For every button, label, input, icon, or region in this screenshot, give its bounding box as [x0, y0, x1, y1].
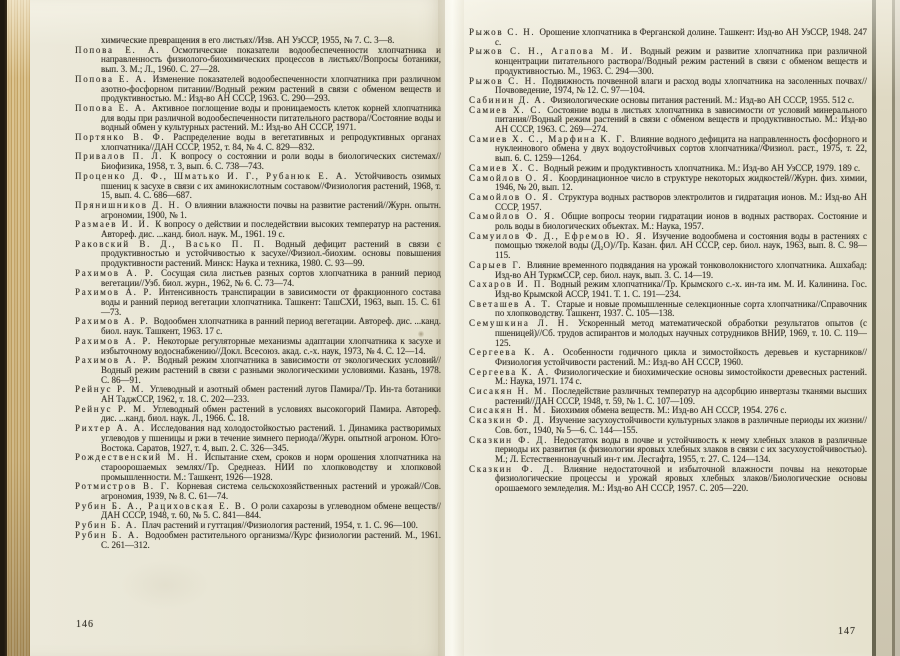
- bibliography-entry: Семушкина Л. Н. Ускоренный метод математ…: [469, 319, 867, 348]
- bibliography-entry: Сказкин Ф. Д. Недостаток воды в почве и …: [469, 436, 867, 465]
- book-cover-edge: [0, 0, 7, 656]
- bibliography-entry: Сказкин Ф. Д. Изучение засухоустойчивост…: [469, 416, 867, 435]
- bibliography-entry: Светашев А. Т. Старые и новые промышленн…: [469, 300, 867, 319]
- bibliography-entry: Попова Е. А. Осмотические показатели вод…: [75, 46, 441, 75]
- entry-author: Рихтер А. А.: [75, 423, 151, 433]
- bibliography-entry: Ротмистров В. Г. Корневая система сельск…: [75, 482, 441, 501]
- bibliography-entry: Портянко В. Ф. Распределение воды в веге…: [75, 133, 441, 152]
- bibliography-entry: Рахимов А. Р. Водообмен хлопчатника в ра…: [75, 317, 441, 336]
- entry-author: Сарыев Г.: [469, 260, 527, 270]
- entry-author: Сисакян Н. М.: [469, 386, 552, 396]
- entry-text: химические превращения в его листьях//Из…: [101, 36, 394, 45]
- entry-author: Семушкина Л. Н.: [469, 318, 578, 328]
- bibliography-entry: Сказкин Ф. Д. Влияние недостаточной и из…: [469, 465, 867, 494]
- entry-text: Физиологические основы питания растений.…: [551, 95, 855, 105]
- bibliography-entry: Сахаров И. П. Водный режим хлопчатника//…: [469, 280, 867, 299]
- entry-author: Сказкин Ф. Д.: [469, 415, 549, 425]
- entry-text: Плач растений и гуттация//Физиология рас…: [142, 520, 418, 530]
- entry-author: Самиев Х. С.: [469, 105, 547, 115]
- book-spread: химические превращения в его листьях//Из…: [0, 0, 900, 656]
- entry-text: Состояние воды в листьях хлопчатника в з…: [495, 105, 867, 134]
- entry-author: Рахимов А. Р.: [75, 268, 161, 278]
- bibliography-entry: Сарыев Г. Влияние временного подвядания …: [469, 261, 867, 280]
- entry-text: Подвижность почвенной влаги и расход вод…: [495, 76, 867, 96]
- entry-text: Орошение хлопчатника в Ферганской долине…: [495, 28, 867, 47]
- bibliography-entry: Рахимов А. Р. Водный режим хлопчатника в…: [75, 356, 441, 385]
- entry-text: Исследования над холодостойкостью растен…: [101, 423, 441, 452]
- bibliography-entry: Привалов П. Л. К вопросу о состоянии и р…: [75, 152, 441, 171]
- entry-author: Сказкин Ф. Д.: [469, 464, 564, 474]
- entry-author: Прянишников Д. Н.: [75, 200, 185, 210]
- entry-text: Углеводный обмен растений в условиях выс…: [101, 404, 441, 424]
- entry-author: Рыжов С. Н.: [469, 76, 542, 86]
- entry-author: Самуилов Ф. Д., Ефремов Ю. Я.: [469, 231, 652, 241]
- entry-text: Изучение засухоустойчивости культурных з…: [495, 415, 867, 435]
- entry-author: Рубин Б. А.: [75, 530, 145, 540]
- entry-author: Ротмистров В. Г.: [75, 481, 177, 491]
- entry-author: Сисакян Н. М.: [469, 405, 551, 415]
- entry-author: Рейнус Р. М.: [75, 404, 153, 414]
- page-number: 146: [76, 619, 94, 630]
- entry-author: Рахимов А. Р.: [75, 336, 157, 346]
- entry-author: Самойлов О. Я.: [469, 211, 561, 221]
- entry-author: Рыжов С. Н., Агапова М. И.: [469, 46, 640, 56]
- entry-author: Сахаров И. П.: [469, 279, 551, 289]
- bibliography-entry: Самойлов О. Я. Структура водных растворо…: [469, 193, 867, 212]
- entry-author: Рейнус Р. М.: [75, 384, 150, 394]
- entry-text: Биохимия обмена веществ. М.: Изд-во АН С…: [551, 405, 787, 415]
- entry-author: Рубин Б. А., Рациховская Е. В.: [75, 501, 251, 511]
- right-book-edge-shading: [872, 0, 900, 656]
- entry-author: Самойлов О. Я.: [469, 173, 559, 183]
- bibliography-entry: Проценко Д. Ф., Шматько И. Г., Рубанюк Е…: [75, 172, 441, 201]
- page-number: 147: [838, 626, 856, 637]
- bibliography-entry: Рыжов С. Н., Агапова М. И. Водный режим …: [469, 47, 867, 76]
- entry-author: Рождественский М. Н.: [75, 452, 205, 462]
- bibliography-entry: Сисакян Н. М. Последействие различных те…: [469, 387, 867, 406]
- entry-author: Светашев А. Т.: [469, 299, 556, 309]
- entry-author: Портянко В. Ф.: [75, 132, 173, 142]
- entry-author: Попова Е. А.: [75, 45, 172, 55]
- entry-text: Активное поглощение воды и проницаемость…: [101, 103, 441, 132]
- bibliography-entry: Рахимов А. Р. Интенсивность транспирации…: [75, 288, 441, 317]
- bibliography-entry: Рейнус Р. М. Углеводный обмен растений в…: [75, 405, 441, 424]
- entry-text: Водный режим хлопчатника//Тр. Крымского …: [495, 279, 867, 299]
- entry-author: Сказкин Ф. Д.: [469, 435, 554, 445]
- entry-author: Рахимов А. Р.: [75, 355, 158, 365]
- entry-text: Изменение показателей водообеспеченности…: [101, 74, 441, 103]
- entry-author: Попова Е. А.: [75, 103, 152, 113]
- bibliography-entry: Раковский В. Д., Васько П. П. Водный деф…: [75, 240, 441, 269]
- entry-text: Углеводный и азотный обмен растений луго…: [101, 384, 441, 404]
- entry-author: Проценко Д. Ф., Шматько И. Г., Рубанюк Е…: [75, 171, 354, 181]
- bibliography-entry: Сергеева К. А. Физиологические и биохими…: [469, 368, 867, 387]
- bibliography-entry: Рубин Б. А. Водообмен растительного орга…: [75, 531, 441, 550]
- bibliography-entry: Рубин Б. А., Рациховская Е. В. О роли са…: [75, 502, 441, 521]
- bibliography-entry: Сергеева К. А. Особенности годичного цик…: [469, 348, 867, 367]
- bibliography-entry: Попова Е. А. Изменение показателей водоо…: [75, 75, 441, 104]
- bibliography-entry: Рыжов С. Н. Подвижность почвенной влаги …: [469, 77, 867, 96]
- entry-author: Самиев Х. С., Марфина К. Г.: [469, 134, 630, 144]
- bibliography-entry: Самойлов О. Я. Координационное число в с…: [469, 174, 867, 193]
- entry-author: Рыжов С. Н.: [469, 28, 540, 37]
- entry-author: Сабинин Д. А.: [469, 95, 551, 105]
- entry-text: Водный режим и продуктивность хлопчатник…: [544, 163, 861, 173]
- entry-author: Сергеева К. А.: [469, 367, 554, 377]
- entry-author: Рубин Б. А.: [75, 520, 142, 530]
- bibliography-entry: Рейнус Р. М. Углеводный и азотный обмен …: [75, 385, 441, 404]
- bibliography-entry: Самиев Х. С. Состояние воды в листьях хл…: [469, 106, 867, 135]
- right-page: Рыжов С. Н. Орошение хлопчатника в Ферга…: [445, 0, 878, 656]
- entry-author: Самойлов О. Я.: [469, 192, 558, 202]
- bibliography-list: Рыжов С. Н. Орошение хлопчатника в Ферга…: [469, 28, 867, 620]
- entry-text: Водообмен растительного организма//Курс …: [101, 530, 441, 550]
- entry-author: Самиев Х. С.: [469, 163, 544, 173]
- bibliography-entry: Самиев Х. С., Марфина К. Г. Влияние водн…: [469, 135, 867, 164]
- entry-author: Рахимов А. Р.: [75, 287, 159, 297]
- bibliography-entry: Прянишников Д. Н. О влиянии влажности по…: [75, 201, 441, 220]
- bibliography-entry: Рахимов А. Р. Сосущая сила листьев разны…: [75, 269, 441, 288]
- entry-author: Раковский В. Д., Васько П. П.: [75, 239, 275, 249]
- bibliography-list: химические превращения в его листьях//Из…: [75, 36, 441, 624]
- entry-author: Размаев И. И.: [75, 219, 155, 229]
- bibliography-entry: Самойлов О. Я. Общие вопросы теории гидр…: [469, 212, 867, 231]
- bibliography-entry: Самуилов Ф. Д., Ефремов Ю. Я. Изучение в…: [469, 232, 867, 261]
- entry-author: Попова Е. А.: [75, 74, 153, 84]
- bibliography-entry: Рождественский М. Н. Испытание схем, сро…: [75, 453, 441, 482]
- entry-author: Сергеева К. А.: [469, 347, 563, 357]
- entry-author: Рахимов А. Р.: [75, 316, 154, 326]
- bibliography-entry: Попова Е. А. Активное поглощение воды и …: [75, 104, 441, 133]
- entry-text: Влияние временного подвядания на урожай …: [495, 260, 867, 280]
- bibliography-entry: Размаев И. И. К вопросу о действии и пос…: [75, 220, 441, 239]
- bibliography-entry: Рыжов С. Н. Орошение хлопчатника в Ферга…: [469, 28, 867, 47]
- bibliography-entry: Рихтер А. А. Исследования над холодостой…: [75, 424, 441, 453]
- bibliography-entry: Рахимов А. Р. Некоторые регуляторные мех…: [75, 337, 441, 356]
- left-page: химические превращения в его листьях//Из…: [30, 0, 445, 656]
- entry-author: Привалов П. Л.: [75, 151, 170, 161]
